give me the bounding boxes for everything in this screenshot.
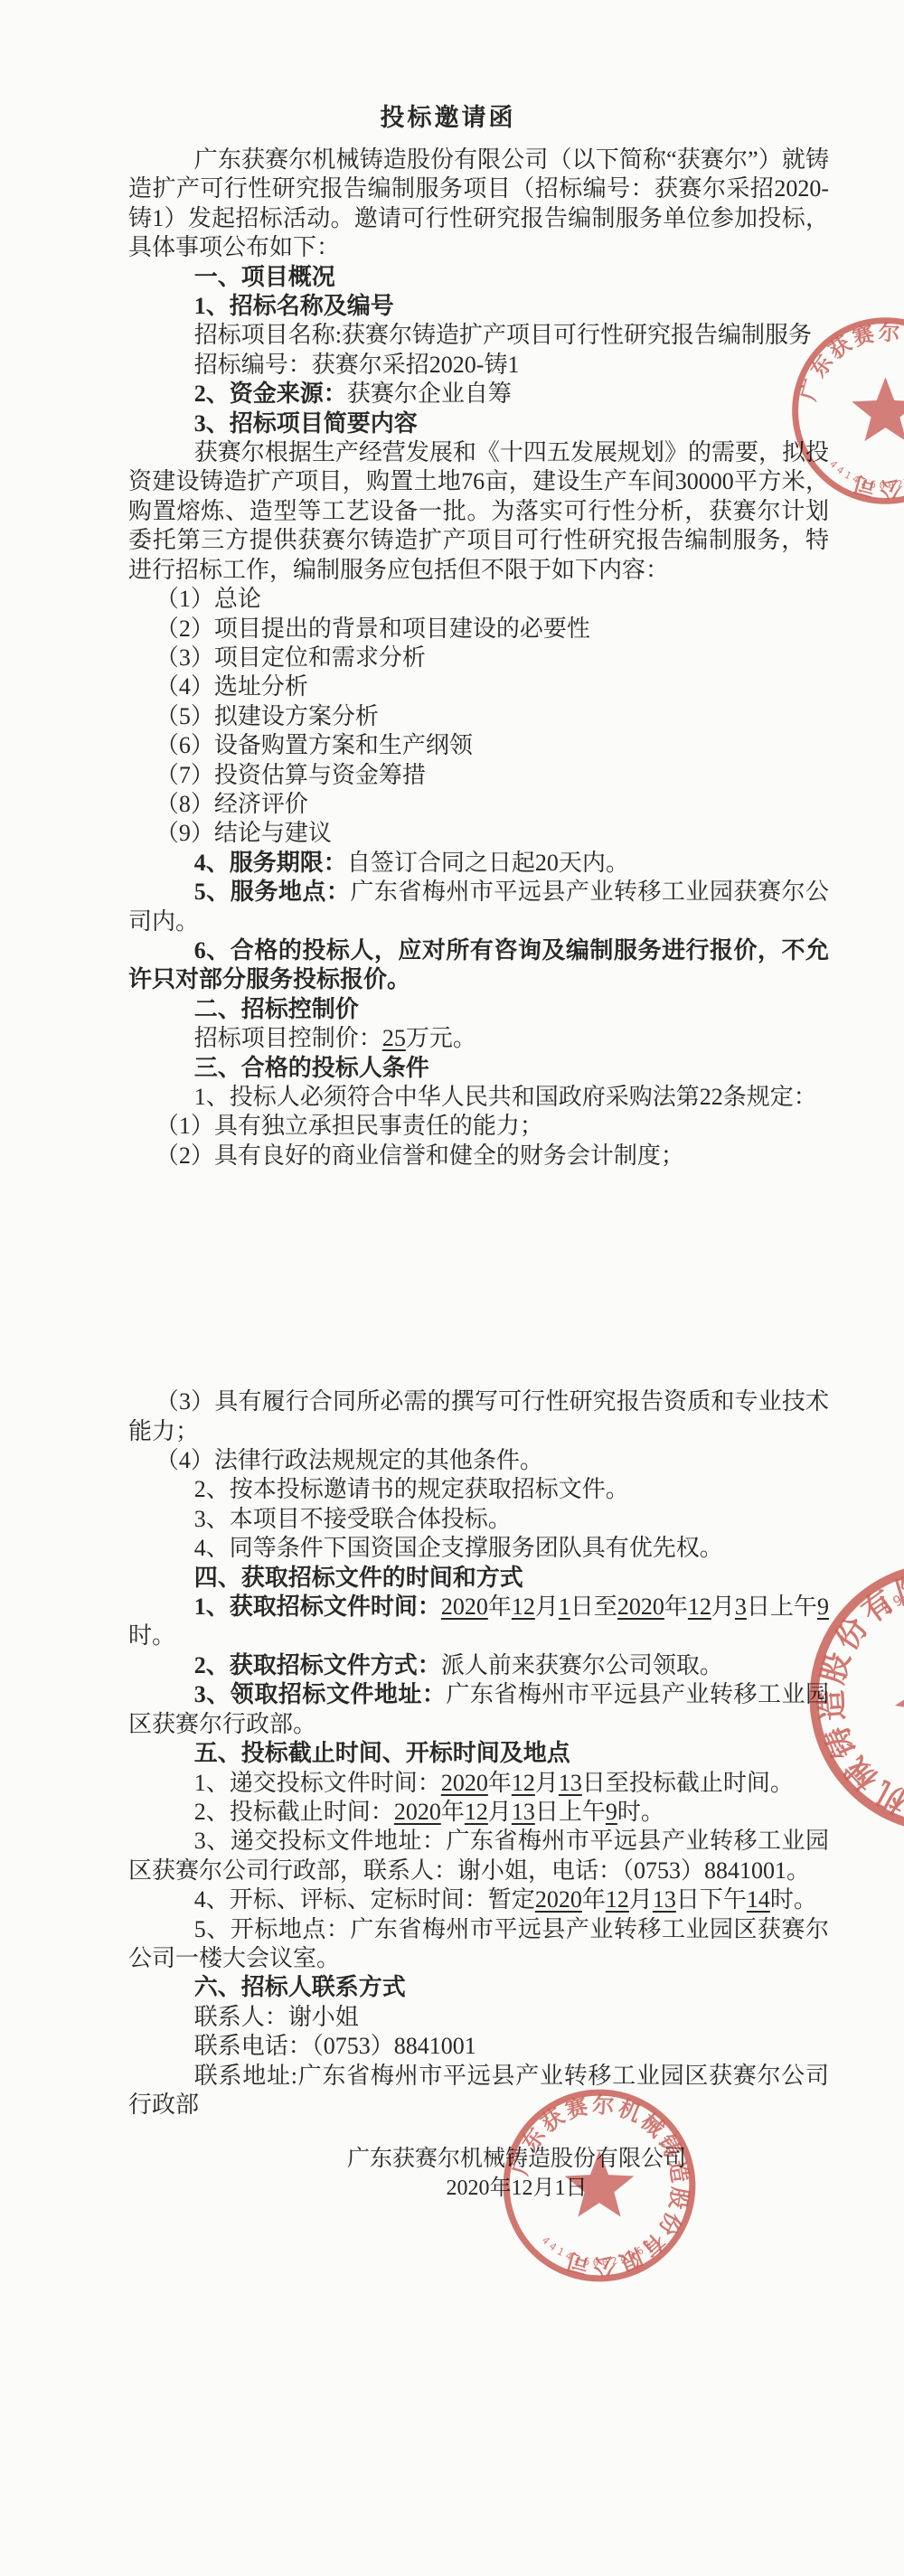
underlined-value: 13	[559, 1770, 582, 1796]
text: 年	[582, 1886, 606, 1913]
bold-text: 三、合格的投标人条件	[194, 1055, 429, 1081]
doc-paragraph: 5、服务地点：广东省梅州市平远县产业转移工业园获赛尔公司内。	[128, 878, 829, 936]
svg-text:4414260024063: 4414260024063	[827, 458, 904, 492]
doc-paragraph: 招标编号：获赛尔采招2020-铸1	[128, 351, 829, 380]
text: 日上午	[747, 1594, 817, 1620]
doc-paragraph: （5）拟建设方案分析	[128, 702, 829, 731]
doc-paragraph: 4、开标、评标、定标时间：暂定2020年12月13日下午14时。	[128, 1885, 829, 1914]
scanned-document-page: 投标邀请函 广东获赛尔机械铸造股份有限公司（以下简称“获赛尔”）就铸造扩产可行性…	[0, 0, 904, 2576]
doc-paragraph: 4、同等条件下国资国企支撑服务团队具有优先权。	[128, 1534, 829, 1563]
text: 月	[535, 1594, 559, 1620]
doc-paragraph: 一、项目概况	[128, 263, 829, 292]
text: 时。	[128, 1622, 175, 1649]
underlined-value: 13	[512, 1799, 535, 1825]
doc-paragraph: 3、递交投标文件地址：广东省梅州市平远县产业转移工业园区获赛尔公司行政部，联系人…	[128, 1827, 829, 1885]
text: （4）法律行政法规规定的其他条件。	[155, 1447, 543, 1473]
text: 3、递交投标文件地址：广东省梅州市平远县产业转移工业园区获赛尔公司行政部，联系人…	[128, 1828, 829, 1883]
text: 月	[535, 1770, 559, 1796]
text: 月	[711, 1594, 735, 1620]
bold-text: 2、资金来源：	[194, 381, 347, 407]
doc-paragraph: 2、投标截止时间：2020年12月13日上午9时。	[128, 1798, 829, 1827]
underlined-value: 3	[735, 1594, 747, 1620]
underlined-value: 12	[512, 1594, 535, 1620]
text: 月	[488, 1799, 512, 1825]
text: 时。	[617, 1799, 664, 1825]
doc-paragraph: 4、服务期限：自签订合同之日起20天内。	[128, 849, 829, 878]
seal-serial-number: 4414260024063	[827, 458, 904, 492]
doc-paragraph: 招标项目控制价：25万元。	[128, 1024, 829, 1053]
svg-text:4414260024063: 4414260024063	[540, 2234, 657, 2269]
text: （3）项目定位和需求分析	[155, 644, 426, 671]
text: （2）项目提出的背景和项目建设的必要性	[155, 616, 590, 642]
doc-paragraph: 三、合格的投标人条件	[128, 1054, 829, 1083]
document-title: 投标邀请函	[128, 101, 767, 134]
text: 招标编号：获赛尔采招2020-铸1	[194, 352, 520, 378]
document-content: 投标邀请函 广东获赛尔机械铸造股份有限公司（以下简称“获赛尔”）就铸造扩产可行性…	[128, 101, 829, 2204]
bold-text: 3、领取招标文件地址：	[194, 1681, 447, 1707]
underlined-value: 1	[559, 1594, 570, 1620]
doc-paragraph: （1）总论	[128, 585, 829, 614]
doc-paragraph: 四、获取招标文件的时间和方式	[128, 1564, 829, 1593]
bold-text: 六、招标人联系方式	[194, 1974, 406, 2000]
text: 5、开标地点：广东省梅州市平远县产业转移工业园区获赛尔公司一楼大会议室。	[128, 1916, 829, 1971]
text: 4、开标、评标、定标时间：暂定	[194, 1886, 535, 1913]
text: （9）结论与建议	[155, 820, 332, 846]
doc-paragraph: 联系人：谢小姐	[128, 2003, 829, 2032]
bold-text: 四、获取招标文件的时间和方式	[194, 1565, 523, 1591]
seal-serial-number: 4414260024063	[872, 1574, 904, 1638]
doc-paragraph: （4）法律行政法规规定的其他条件。	[128, 1446, 829, 1475]
text: 万元。	[406, 1025, 476, 1051]
text: （5）拟建设方案分析	[155, 703, 379, 729]
text: 广东获赛尔机械铸造股份有限公司（以下简称“获赛尔”）就铸造扩产可行性研究报告编制…	[128, 146, 829, 260]
seal-serial-number: 4414260024063	[540, 2234, 657, 2269]
underlined-value: 12	[688, 1594, 711, 1620]
text: 4、同等条件下国资国企支撑服务团队具有优先权。	[194, 1535, 723, 1561]
doc-paragraph: 1、获取招标文件时间：2020年12月1日至2020年12月3日上午9时。	[128, 1593, 829, 1651]
doc-paragraph: 3、领取招标文件地址：广东省梅州市平远县产业转移工业园区获赛尔行政部。	[128, 1680, 829, 1739]
text: （2）具有良好的商业信誉和健全的财务会计制度；	[155, 1142, 684, 1169]
text: 1、递交投标文件时间：	[194, 1770, 441, 1796]
text: 联系地址:广东省梅州市平远县产业转移工业园区获赛尔公司行政部	[128, 2063, 829, 2118]
text: （7）投资估算与资金筹措	[155, 762, 426, 788]
doc-paragraph: （2）项目提出的背景和项目建设的必要性	[128, 615, 829, 644]
text: 获赛尔根据生产经营发展和《十四五发展规划》的需要，拟投资建设铸造扩产项目，购置土…	[128, 439, 829, 583]
underlined-value: 25	[382, 1025, 406, 1051]
text: 获赛尔企业自筹	[347, 381, 512, 407]
doc-paragraph: （2）具有良好的商业信誉和健全的财务会计制度；	[128, 1142, 829, 1170]
text: （1）总论	[155, 586, 261, 612]
text: （1）具有独立承担民事责任的能力；	[155, 1113, 543, 1139]
doc-paragraph: 2、获取招标文件方式：派人前来获赛尔公司领取。	[128, 1651, 829, 1680]
bold-text: 二、招标控制价	[194, 996, 359, 1022]
underlined-value: 12	[606, 1886, 629, 1913]
underlined-value: 2020	[441, 1770, 488, 1796]
doc-paragraph: （7）投资估算与资金筹措	[128, 761, 829, 790]
document-body: 广东获赛尔机械铸造股份有限公司（以下简称“获赛尔”）就铸造扩产可行性研究报告编制…	[128, 146, 829, 2120]
text: 日上午	[535, 1799, 606, 1825]
text: 时。	[770, 1886, 817, 1913]
text: 日至	[570, 1594, 617, 1620]
text: 年	[664, 1594, 688, 1620]
doc-paragraph: 广东获赛尔机械铸造股份有限公司（以下简称“获赛尔”）就铸造扩产可行性研究报告编制…	[128, 146, 829, 263]
underlined-value: 12	[512, 1770, 535, 1796]
text: 3、本项目不接受联合体投标。	[194, 1506, 512, 1532]
text: （8）经济评价	[155, 791, 308, 817]
svg-text:4414260024063: 4414260024063	[872, 1574, 904, 1638]
doc-paragraph: 3、招标项目简要内容	[128, 409, 829, 438]
doc-paragraph: （9）结论与建议	[128, 819, 829, 848]
text: 年	[441, 1799, 465, 1825]
doc-paragraph: 2、按本投标邀请书的规定获取招标文件。	[128, 1475, 829, 1504]
doc-paragraph: （1）具有独立承担民事责任的能力；	[128, 1112, 829, 1141]
doc-paragraph: 获赛尔根据生产经营发展和《十四五发展规划》的需要，拟投资建设铸造扩产项目，购置土…	[128, 438, 829, 585]
underlined-value: 13	[653, 1886, 676, 1913]
underlined-value: 2020	[394, 1799, 441, 1825]
underlined-value: 2020	[617, 1594, 664, 1620]
bold-text: 5、服务地点：	[194, 879, 351, 905]
doc-paragraph: （3）项目定位和需求分析	[128, 644, 829, 672]
text: 联系人：谢小姐	[194, 2004, 359, 2030]
doc-paragraph: 六、招标人联系方式	[128, 1973, 829, 2002]
doc-paragraph: 联系地址:广东省梅州市平远县产业转移工业园区获赛尔公司行政部	[128, 2062, 829, 2120]
text: 招标项目控制价：	[194, 1025, 382, 1051]
underlined-value: 12	[465, 1799, 488, 1825]
doc-paragraph: 联系电话：（0753）8841001	[128, 2032, 829, 2061]
doc-paragraph: 1、投标人必须符合中华人民共和国政府采购法第22条规定：	[128, 1083, 829, 1112]
bold-text: 五、投标截止时间、开标时间及地点	[194, 1740, 570, 1766]
doc-paragraph: 2、资金来源：获赛尔企业自筹	[128, 380, 829, 409]
doc-paragraph: 1、招标名称及编号	[128, 292, 829, 321]
doc-paragraph: 五、投标截止时间、开标时间及地点	[128, 1739, 829, 1768]
text: 日至投标截止时间。	[582, 1770, 794, 1796]
doc-paragraph: （6）设备购置方案和生产纲领	[128, 731, 829, 760]
doc-paragraph: 6、合格的投标人，应对所有咨询及编制服务进行报价，不允许只对部分服务投标报价。	[128, 936, 829, 995]
text: 2、投标截止时间：	[194, 1799, 394, 1825]
signature-company: 广东获赛尔机械铸造股份有限公司	[347, 2144, 686, 2174]
bold-text: 6、合格的投标人，应对所有咨询及编制服务进行报价，不允许只对部分服务投标报价。	[128, 937, 829, 992]
text: （3）具有履行合同所必需的撰写可行性研究报告资质和专业技术能力；	[128, 1388, 829, 1443]
text: 2、按本投标邀请书的规定获取招标文件。	[194, 1476, 629, 1502]
signature-block: 广东获赛尔机械铸造股份有限公司 2020年12月1日	[347, 2144, 686, 2204]
doc-paragraph: （4）选址分析	[128, 672, 829, 701]
text: 联系电话：（0753）8841001	[194, 2033, 476, 2059]
signature-date: 2020年12月1日	[347, 2174, 686, 2204]
doc-paragraph: （3）具有履行合同所必需的撰写可行性研究报告资质和专业技术能力；	[128, 1387, 829, 1446]
text: 自签订合同之日起20天内。	[347, 850, 629, 876]
text: （6）设备购置方案和生产纲领	[155, 732, 473, 758]
doc-paragraph: 1、递交投标文件时间：2020年12月13日至投标截止时间。	[128, 1769, 829, 1798]
doc-paragraph: 二、招标控制价	[128, 995, 829, 1024]
bold-text: 2、获取招标文件方式：	[194, 1652, 441, 1678]
text: 招标项目名称:获赛尔铸造扩产项目可行性研究报告编制服务	[194, 322, 812, 348]
text: 派人前来获赛尔公司领取。	[441, 1652, 723, 1678]
doc-paragraph: 招标项目名称:获赛尔铸造扩产项目可行性研究报告编制服务	[128, 321, 829, 350]
seal-star-icon	[852, 377, 904, 441]
bold-text: 3、招标项目简要内容	[194, 410, 418, 437]
underlined-value: 2020	[535, 1886, 582, 1913]
text: 月	[629, 1886, 653, 1913]
bold-text: 4、服务期限：	[194, 850, 347, 876]
underlined-value: 9	[606, 1799, 617, 1825]
text: 日下午	[676, 1886, 747, 1913]
seal-star-icon	[891, 1649, 904, 1751]
doc-paragraph: 5、开标地点：广东省梅州市平远县产业转移工业园区获赛尔公司一楼大会议室。	[128, 1915, 829, 1974]
text: 年	[488, 1594, 512, 1620]
underlined-value: 14	[747, 1886, 770, 1913]
bold-text: 1、获取招标文件时间：	[194, 1594, 441, 1620]
bold-text: 一、项目概况	[194, 264, 335, 290]
underlined-value: 9	[817, 1594, 829, 1620]
doc-paragraph: （8）经济评价	[128, 790, 829, 819]
text: 年	[488, 1770, 512, 1796]
bold-text: 1、招标名称及编号	[194, 293, 394, 319]
text: （4）选址分析	[155, 673, 308, 700]
text: 1、投标人必须符合中华人民共和国政府采购法第22条规定：	[194, 1084, 817, 1110]
underlined-value: 2020	[441, 1594, 488, 1620]
doc-paragraph: 3、本项目不接受联合体投标。	[128, 1505, 829, 1534]
